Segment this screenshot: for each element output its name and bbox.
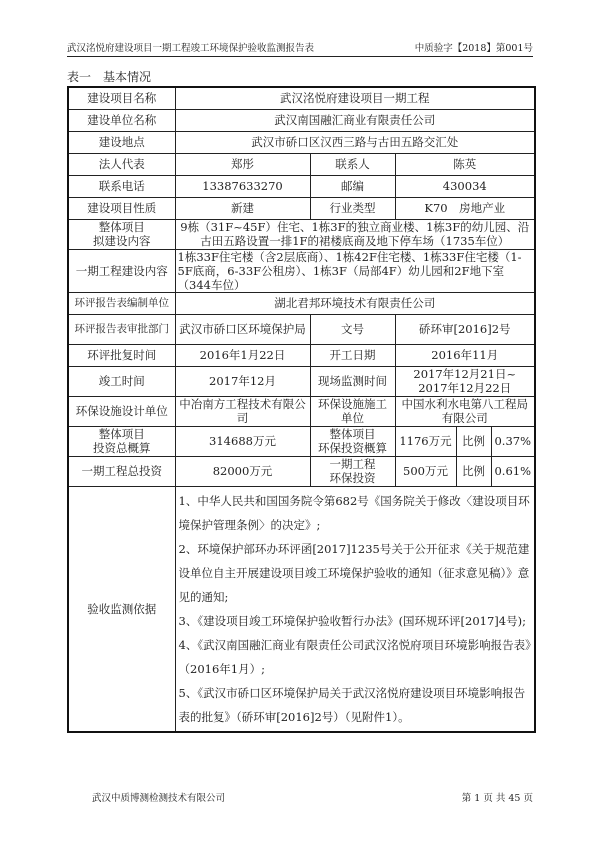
label-eia-approval-time: 环评批复时间 <box>68 344 175 366</box>
label-phase1-invest: 一期工程总投资 <box>68 456 175 486</box>
basis-item: 2、环境保护部环办环评函[2017]1235号关于公开征求《关于规范建设单位自主… <box>179 537 532 609</box>
value-eia-compiler: 湖北君邦环境技术有限责任公司 <box>175 292 535 314</box>
table-title: 表一 基本情况 <box>67 68 151 85</box>
value-project-name: 武汉洺悦府建设项目一期工程 <box>175 87 535 109</box>
label-contact: 联系人 <box>310 153 395 175</box>
basis-item: 1、中华人民共和国国务院令第682号《国务院关于修改〈建设项目环境保护管理条例〉… <box>179 489 532 537</box>
basis-item: 5、《武汉市硚口区环境保护局关于武汉洺悦府建设项目环境影响报告表的批复》（硚环审… <box>179 681 532 729</box>
label-ratio: 比例 <box>456 426 491 456</box>
value-phase1-invest: 82000万元 <box>175 456 310 486</box>
page-header: 武汉洺悦府建设项目一期工程竣工环境保护验收监测报告表 中质验字【2018】第00… <box>67 38 533 57</box>
label-ratio: 比例 <box>456 456 491 486</box>
table-row: 整体项目 投资总概算 314688万元 整体项目 环保投资概算 1176万元 比… <box>68 426 535 456</box>
label-completion: 竣工时间 <box>68 366 175 396</box>
table-row: 建设项目性质 新建 行业类型 K70 房地产业 <box>68 197 535 219</box>
table-row: 一期工程建设内容 1栋33F住宅楼（含2层底商）、1栋42F住宅楼、1栋33F住… <box>68 249 535 292</box>
label-overall-content: 整体项目 拟建设内容 <box>68 219 175 249</box>
label-monitoring-time: 现场监测时间 <box>310 366 395 396</box>
label-doc-number: 文号 <box>310 314 395 344</box>
value-eia-approval-time: 2016年1月22日 <box>175 344 310 366</box>
value-industry: K70 房地产业 <box>395 197 535 219</box>
label-env-design: 环保设施设计单位 <box>68 396 175 426</box>
basis-item: 4、《武汉南国融汇商业有限责任公司武汉洺悦府项目环境影响报告表》（2016年1月… <box>179 633 532 681</box>
value-overall-invest: 314688万元 <box>175 426 310 456</box>
basis-item: 3、《建设项目竣工环境保护验收暂行办法》(国环规环评[2017]4号); <box>179 609 532 633</box>
table-row: 建设项目名称 武汉洺悦府建设项目一期工程 <box>68 87 535 109</box>
value-overall-env-invest: 1176万元 <box>395 426 456 456</box>
table-row: 联系电话 13387633270 邮编 430034 <box>68 175 535 197</box>
label-overall-env-invest: 整体项目 环保投资概算 <box>310 426 395 456</box>
value-location: 武汉市硚口区汉西三路与古田五路交汇处 <box>175 131 535 153</box>
label-unit-name: 建设单位名称 <box>68 109 175 131</box>
label-eia-compiler: 环评报告表编制单位 <box>68 292 175 314</box>
page-footer: 武汉中质博测检测技术有限公司 第 1 页 共 45 页 <box>92 790 533 804</box>
label-overall-invest: 整体项目 投资总概算 <box>68 426 175 456</box>
value-phase1-env-invest: 500万元 <box>395 456 456 486</box>
page-number: 第 1 页 共 45 页 <box>462 790 533 804</box>
footer-company: 武汉中质博测检测技术有限公司 <box>92 790 225 804</box>
table-row: 一期工程总投资 82000万元 一期工程 环保投资 500万元 比例 0.61% <box>68 456 535 486</box>
label-phase1-env-invest: 一期工程 环保投资 <box>310 456 395 486</box>
table-row: 竣工时间 2017年12月 现场监测时间 2017年12月21日~ 2017年1… <box>68 366 535 396</box>
table-row: 环评批复时间 2016年1月22日 开工日期 2016年11月 <box>68 344 535 366</box>
value-phone: 13387633270 <box>175 175 310 197</box>
value-contact: 陈英 <box>395 153 535 175</box>
value-completion: 2017年12月 <box>175 366 310 396</box>
value-postcode: 430034 <box>395 175 535 197</box>
label-start-date: 开工日期 <box>310 344 395 366</box>
label-basis: 验收监测依据 <box>68 486 175 732</box>
table-row: 环评报告表编制单位 湖北君邦环境技术有限责任公司 <box>68 292 535 314</box>
header-report-number: 中质验字【2018】第001号 <box>415 40 533 54</box>
label-env-construction: 环保设施施工单位 <box>310 396 395 426</box>
table-row: 法人代表 郑彤 联系人 陈英 <box>68 153 535 175</box>
value-basis: 1、中华人民共和国国务院令第682号《国务院关于修改〈建设项目环境保护管理条例〉… <box>175 486 535 732</box>
value-monitoring-time: 2017年12月21日~ 2017年12月22日 <box>395 366 535 396</box>
label-phase1-content: 一期工程建设内容 <box>68 249 175 292</box>
table-row: 环保设施设计单位 中冶南方工程技术有限公司 环保设施施工单位 中国水利水电第八工… <box>68 396 535 426</box>
table-row: 环评报告表审批部门 武汉市硚口区环境保护局 文号 硚环审[2016]2号 <box>68 314 535 344</box>
label-nature: 建设项目性质 <box>68 197 175 219</box>
value-legal-rep: 郑彤 <box>175 153 310 175</box>
table-row: 整体项目 拟建设内容 9栋（31F~45F）住宅、1栋3F的独立商业楼、1栋3F… <box>68 219 535 249</box>
label-location: 建设地点 <box>68 131 175 153</box>
value-start-date: 2016年11月 <box>395 344 535 366</box>
value-doc-number: 硚环审[2016]2号 <box>395 314 535 344</box>
table-row: 验收监测依据 1、中华人民共和国国务院令第682号《国务院关于修改〈建设项目环境… <box>68 486 535 732</box>
label-eia-approver: 环评报告表审批部门 <box>68 314 175 344</box>
label-industry: 行业类型 <box>310 197 395 219</box>
value-ratio: 0.61% <box>491 456 535 486</box>
basic-info-table: 建设项目名称 武汉洺悦府建设项目一期工程 建设单位名称 武汉南国融汇商业有限责任… <box>67 86 536 733</box>
value-ratio: 0.37% <box>491 426 535 456</box>
label-legal-rep: 法人代表 <box>68 153 175 175</box>
value-unit-name: 武汉南国融汇商业有限责任公司 <box>175 109 535 131</box>
label-project-name: 建设项目名称 <box>68 87 175 109</box>
value-overall-content: 9栋（31F~45F）住宅、1栋3F的独立商业楼、1栋3F的幼儿园、沿古田五路设… <box>175 219 535 249</box>
value-eia-approver: 武汉市硚口区环境保护局 <box>175 314 310 344</box>
value-env-design: 中冶南方工程技术有限公司 <box>175 396 310 426</box>
table-row: 建设地点 武汉市硚口区汉西三路与古田五路交汇处 <box>68 131 535 153</box>
header-title: 武汉洺悦府建设项目一期工程竣工环境保护验收监测报告表 <box>67 40 314 54</box>
value-env-construction: 中国水利水电第八工程局有限公司 <box>395 396 535 426</box>
table-row: 建设单位名称 武汉南国融汇商业有限责任公司 <box>68 109 535 131</box>
label-phone: 联系电话 <box>68 175 175 197</box>
value-phase1-content: 1栋33F住宅楼（含2层底商）、1栋42F住宅楼、1栋33F住宅楼（1-5F底商… <box>175 249 535 292</box>
value-nature: 新建 <box>175 197 310 219</box>
label-postcode: 邮编 <box>310 175 395 197</box>
